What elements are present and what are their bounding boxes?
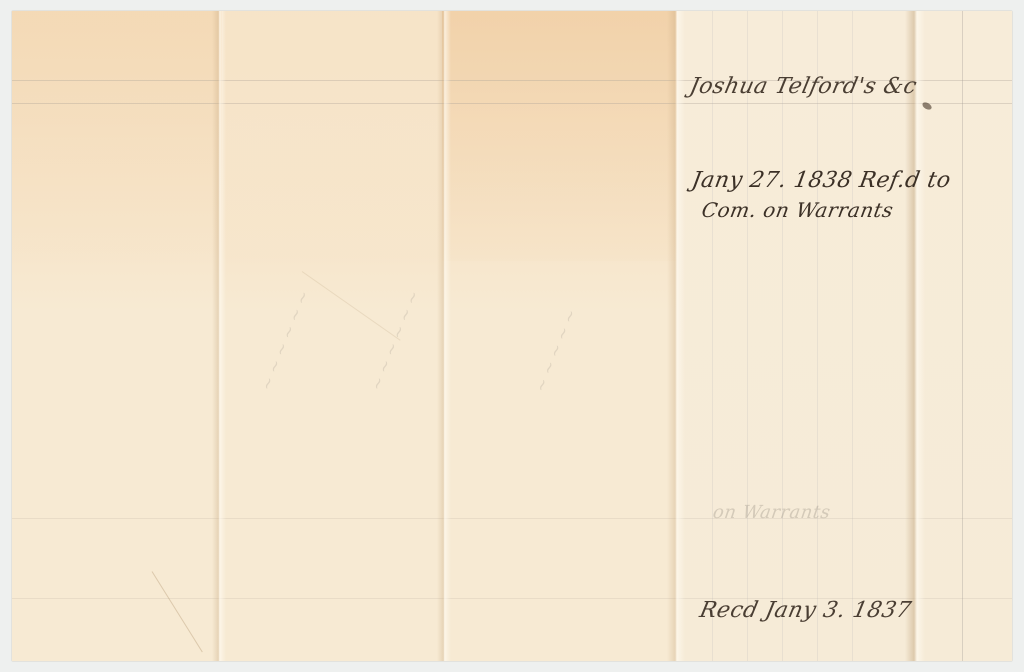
bleed-through-text: ~ ~ ~ ~ ~ ~	[366, 288, 423, 393]
paper-sheet: ~ ~ ~ ~ ~ ~ ~ ~ ~ ~ ~ ~ ~ ~ ~ ~ ~	[12, 11, 1012, 661]
stain-region	[12, 11, 222, 261]
paper-crease	[302, 271, 401, 341]
bleed-through-text: ~ ~ ~ ~ ~ ~	[256, 288, 313, 393]
ruled-column	[712, 11, 713, 661]
ruled-line	[12, 518, 1012, 519]
ruled-column	[817, 11, 818, 661]
fold-line	[905, 11, 925, 661]
margin-line	[962, 11, 963, 661]
ruled-column	[782, 11, 783, 661]
fold-line	[667, 11, 685, 661]
paper-crease	[152, 571, 203, 652]
faint-note: on Warrants	[712, 502, 832, 523]
referral-date: Jany 27. 1838 Ref.d to	[690, 168, 953, 193]
ruled-column	[852, 11, 853, 661]
docket-title: Joshua Telford's &c	[687, 74, 919, 99]
fold-line	[437, 11, 451, 661]
stain-region	[442, 11, 677, 261]
ruled-line	[12, 103, 1012, 104]
document-scan: ~ ~ ~ ~ ~ ~ ~ ~ ~ ~ ~ ~ ~ ~ ~ ~ ~ Joshua…	[0, 0, 1024, 672]
received-date: Recd Jany 3. 1837	[697, 598, 913, 623]
bleed-through-text: ~ ~ ~ ~ ~	[531, 306, 581, 394]
fold-line	[212, 11, 226, 661]
ruled-column	[747, 11, 748, 661]
referral-committee: Com. on Warrants	[700, 198, 896, 222]
